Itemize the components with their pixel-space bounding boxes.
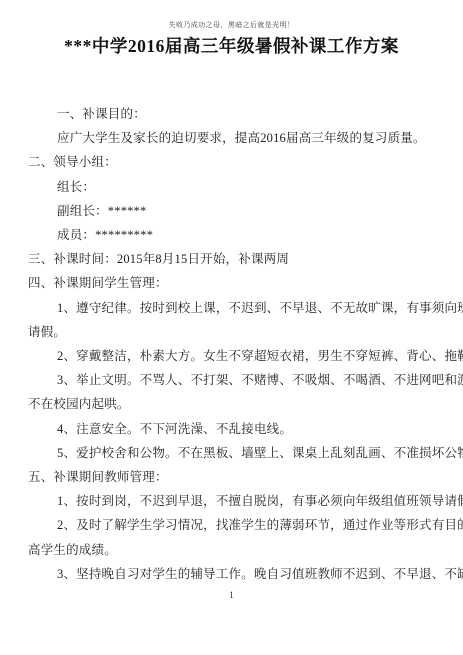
text-line: 3、举止文明。不骂人、不打架、不赌博、不吸烟、不喝酒、不进网吧和游戏厅， <box>28 368 438 392</box>
text-line: 1、按时到岗，不迟到早退，不擅自脱岗，有事必须向年级组值班领导请假。 <box>28 489 438 513</box>
text-line: 请假。 <box>28 320 438 344</box>
text-line: 2、穿戴整洁，朴素大方。女生不穿超短衣裙，男生不穿短裤、背心、拖鞋。 <box>28 344 438 368</box>
text-line: 一、补课目的： <box>28 102 438 126</box>
text-line: 2、及时了解学生学习情况，找准学生的薄弱环节，通过作业等形式有目的的提 <box>28 513 438 537</box>
text-line: 3、坚持晚自习对学生的辅导工作。晚自习值班教师不迟到、不早退、不缺席、 <box>28 562 438 586</box>
document-body: 一、补课目的：应广大学生及家长的迫切要求，提高2016届高三年级的复习质量。二、… <box>28 102 438 586</box>
document-page: 失败乃成功之母，黑暗之后就是光明！ ***中学2016届高三年级暑假补课工作方案… <box>0 0 463 655</box>
text-line: 组长： <box>28 175 438 199</box>
text-line: 应广大学生及家长的迫切要求，提高2016届高三年级的复习质量。 <box>28 126 438 150</box>
text-line: 成员：********* <box>28 223 438 247</box>
text-line: 4、注意安全。不下河洗澡、不乱接电线。 <box>28 417 438 441</box>
text-line: 副组长：****** <box>28 199 438 223</box>
document-title: ***中学2016届高三年级暑假补课工作方案 <box>0 33 463 58</box>
header-note: 失败乃成功之母，黑暗之后就是光明！ <box>0 20 463 30</box>
text-line: 二、领导小组： <box>28 150 438 174</box>
text-line: 三、补课时间：2015年8月15日开始，补课两周 <box>28 247 438 271</box>
page-number: 1 <box>0 590 463 600</box>
text-line: 5、爱护校舍和公物。不在黑板、墙壁上、课桌上乱刻乱画、不准损坏公物。 <box>28 441 438 465</box>
text-line: 高学生的成绩。 <box>28 538 438 562</box>
text-line: 1、遵守纪律。按时到校上课，不迟到、不早退、不无故旷课，有事须向班主任 <box>28 296 438 320</box>
text-line: 不在校园内起哄。 <box>28 392 438 416</box>
text-line: 四、补课期间学生管理： <box>28 271 438 295</box>
text-line: 五、补课期间教师管理： <box>28 465 438 489</box>
